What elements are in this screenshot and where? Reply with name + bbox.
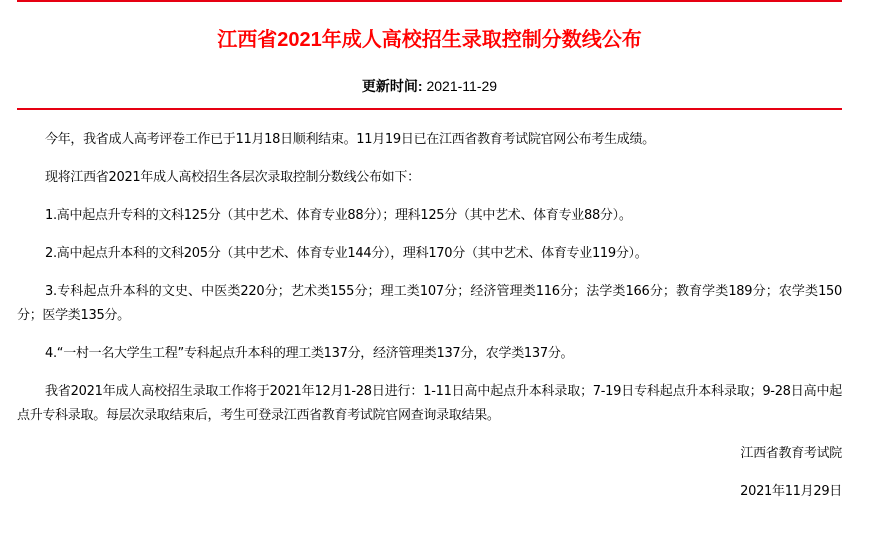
paragraph-item-3: 3.专科起点升本科的文史、中医类220分；艺术类155分；理工类107分；经济管… [17,280,842,328]
article-body: 今年，我省成人高考评卷工作已于11月18日顺利结束。11月19日已在江西省教育考… [17,128,842,504]
update-time-value: 2021-11-29 [426,78,497,94]
paragraph-intro: 今年，我省成人高考评卷工作已于11月18日顺利结束。11月19日已在江西省教育考… [17,128,842,152]
paragraph-announcement: 现将江西省2021年成人高校招生各层次录取控制分数线公布如下： [17,166,842,190]
article-title: 江西省2021年成人高校招生录取控制分数线公布 [17,28,842,52]
top-divider [17,0,842,2]
update-time: 更新时间: 2021-11-29 [17,77,842,95]
paragraph-item-2: 2.高中起点升本科的文科205分（其中艺术、体育专业144分），理科170分（其… [17,242,842,266]
paragraph-schedule: 我省2021年成人高校招生录取工作将于2021年12月1-28日进行：1-11日… [17,380,842,428]
header-divider [17,108,842,110]
paragraph-item-1: 1.高中起点升专科的文科125分（其中艺术、体育专业88分）；理科125分（其中… [17,204,842,228]
paragraph-item-4: 4.“一村一名大学生工程”专科起点升本科的理工类137分，经济管理类137分，农… [17,342,842,366]
article-page: 江西省2021年成人高校招生录取控制分数线公布 更新时间: 2021-11-29… [17,0,842,518]
update-time-label: 更新时间: [362,78,423,94]
signature-org: 江西省教育考试院 [17,442,842,466]
signature-date: 2021年11月29日 [17,480,842,504]
